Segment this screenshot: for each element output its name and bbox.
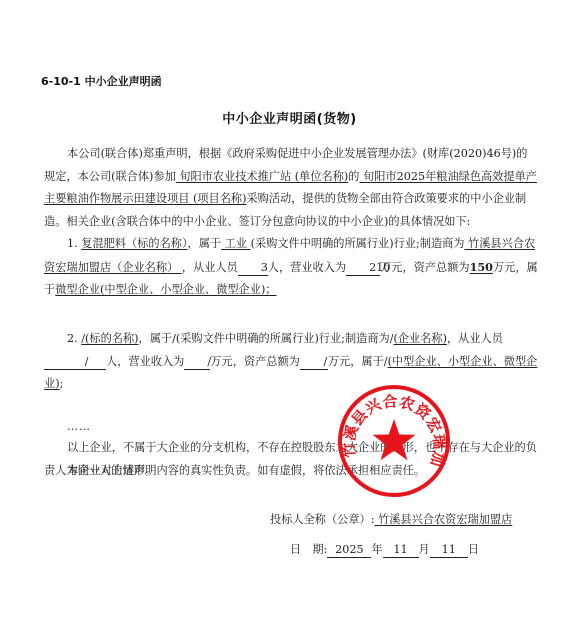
date-year-unit: 年 (371, 543, 382, 556)
date-label: 日 期: (290, 543, 327, 556)
item-1: 1. 复混肥料（标的名称），属于 工业 (采购文件中明确的所属行业)行业;制造商… (44, 233, 538, 302)
unit-label: (单位名称) (295, 170, 348, 183)
intro-paragraph: 本公司(联合体)郑重声明，根据《政府采购促进中小企业发展管理办法》(财库(202… (44, 143, 538, 233)
statement-2: 本企业对上述声明内容的真实性负责。如有虚假，将依法承担相应责任。 (44, 460, 538, 483)
item-target-name: 复混肥料（标的名称） (81, 237, 187, 250)
item-assets: 150 (470, 260, 493, 274)
item-industry: 工业 (221, 237, 251, 250)
date-month-unit: 月 (419, 543, 430, 556)
intro-text-2: 的 (348, 170, 359, 183)
item-scale: 微型企业(中型企业、小型企业、微型企业)； (55, 283, 276, 296)
item-text: 人，营业收入为 (268, 261, 346, 274)
unit-name: 旬阳市农业技术推广站 (176, 170, 295, 183)
document-title: 中小企业声明函(货物) (0, 108, 579, 127)
item-text: ，属于 (188, 237, 222, 250)
item-text: 人，营业收入为 (106, 355, 184, 368)
signature-line: 投标人全称（公章）: 竹溪县兴合农资宏瑞加盟店 (270, 511, 512, 527)
item-text: ; (60, 377, 64, 390)
item-employees: / (44, 355, 106, 370)
item-manufacturer: (企业名称) (393, 332, 446, 345)
item-revenue: / (184, 355, 210, 370)
signature-label: 投标人全称（公章）: (270, 513, 374, 526)
item-index: 2. (67, 332, 78, 345)
ellipsis: …… (67, 421, 91, 433)
item-text: (采购文件中明确的所属行业)行业;制造商为 (251, 237, 465, 250)
date-year: 2025 (327, 543, 371, 558)
date-month: 11 (383, 543, 419, 558)
item-text: ，从业人员 (182, 261, 238, 274)
section-heading: 6-10-1 中小企业声明函 (41, 73, 162, 89)
item-text: 万元，资产总额为 (210, 355, 300, 368)
item-target-name: /(标的名称) (81, 332, 138, 345)
item-revenue: 210 (346, 261, 380, 276)
item-text: 万元，属于/ (328, 355, 388, 368)
project-label: (项目名称) (193, 192, 246, 205)
signature-value: 竹溪县兴合农资宏瑞加盟店 (374, 513, 512, 526)
date-day: 11 (430, 543, 468, 558)
date-day-unit: 日 (468, 543, 479, 556)
item-2: 2. /(标的名称)，属于/(采购文件中明确的所属行业)行业;制造商为/(企业名… (44, 328, 538, 396)
item-text: 万元，资产总额为 (380, 261, 470, 274)
item-text: ，属于/(采购文件中明确的所属行业)行业;制造商为/ (139, 332, 394, 345)
item-employees: 3 (238, 261, 268, 276)
date-line: 日 期:2025年11月11日 (290, 541, 479, 558)
item-text: ，从业人员 (447, 332, 503, 345)
item-assets: / (300, 355, 328, 370)
item-index: 1. (67, 237, 78, 250)
